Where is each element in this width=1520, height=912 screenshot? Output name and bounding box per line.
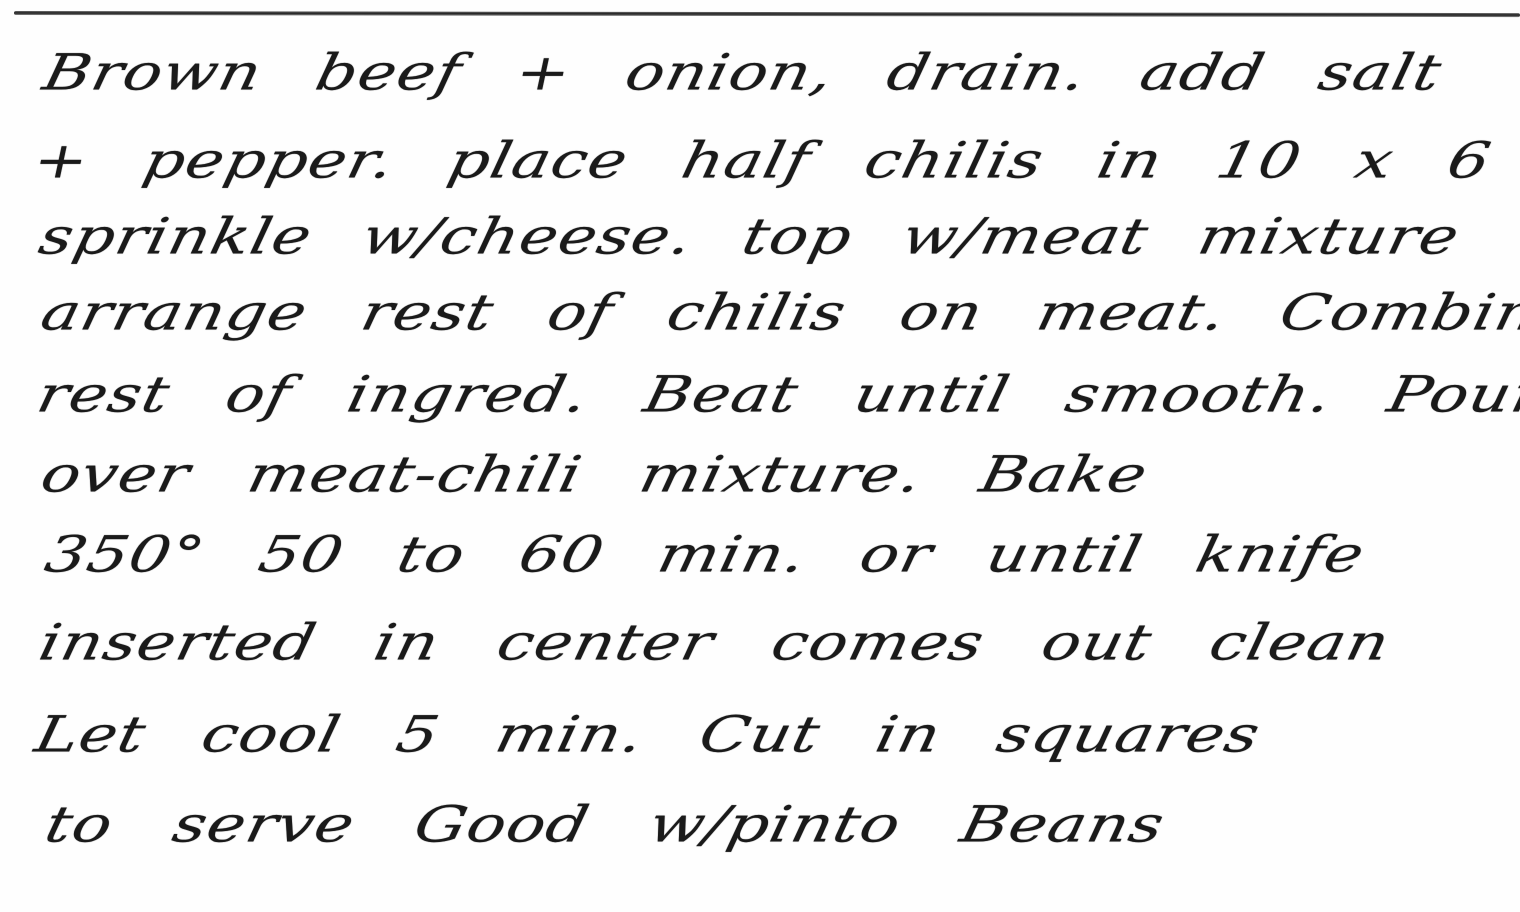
card-top-rule — [14, 11, 1520, 17]
handwritten-line-8: inserted in center comes out clean — [34, 614, 1395, 672]
handwritten-line-7: 350° 50 to 60 min. or until knife — [40, 526, 1370, 584]
handwritten-line-2: + pepper. place half chilis in 10 x 6 di… — [28, 132, 1520, 190]
handwritten-line-5: rest of ingred. Beat until smooth. Pour — [32, 366, 1520, 424]
recipe-card: Brown beef + onion, drain. add salt + pe… — [0, 0, 1520, 912]
handwritten-line-4: arrange rest of chilis on meat. Combine — [36, 284, 1520, 342]
handwritten-line-1: Brown beef + onion, drain. add salt — [38, 44, 1447, 102]
handwritten-line-3: sprinkle w/cheese. top w/meat mixture — [34, 208, 1465, 266]
handwritten-line-10: to serve Good w/pinto Beans — [40, 796, 1170, 854]
handwritten-line-9: Let cool 5 min. Cut in squares — [30, 706, 1265, 764]
handwritten-line-6: over meat-chili mixture. Bake — [36, 446, 1153, 504]
